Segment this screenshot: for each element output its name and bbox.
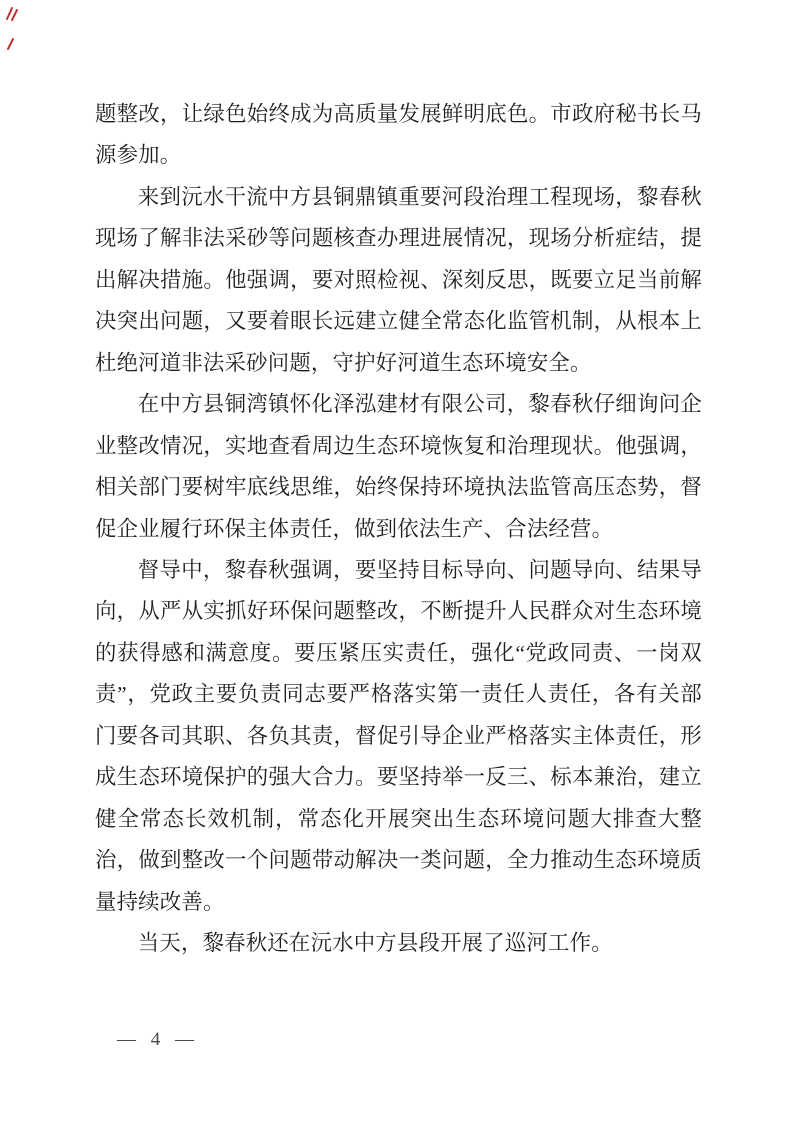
red-pen-mark-icon — [5, 6, 19, 22]
paragraph-continuation: 题整改，让绿色始终成为高质量发展鲜明底色。市政府秘书长马源参加。 — [95, 94, 702, 177]
paragraph-company-visit: 在中方县铜湾镇怀化泽泓建材有限公司，黎春秋仔细询问企业整改情况，实地查看周边生态… — [95, 384, 702, 550]
document-body: 题整改，让绿色始终成为高质量发展鲜明底色。市政府秘书长马源参加。 来到沅水干流中… — [95, 94, 702, 965]
page-number: — 4 — — [117, 1029, 195, 1051]
document-page: 题整改，让绿色始终成为高质量发展鲜明底色。市政府秘书长马源参加。 来到沅水干流中… — [0, 0, 793, 1122]
paragraph-river-site-visit: 来到沅水干流中方县铜鼎镇重要河段治理工程现场，黎春秋现场了解非法采砂等问题核查办… — [95, 177, 702, 384]
paragraph-river-patrol: 当天，黎春秋还在沅水中方县段开展了巡河工作。 — [95, 923, 702, 964]
paragraph-supervision-remarks: 督导中，黎春秋强调，要坚持目标导向、问题导向、结果导向，从严从实抓好环保问题整改… — [95, 550, 702, 923]
red-pen-mark-icon — [5, 36, 17, 52]
